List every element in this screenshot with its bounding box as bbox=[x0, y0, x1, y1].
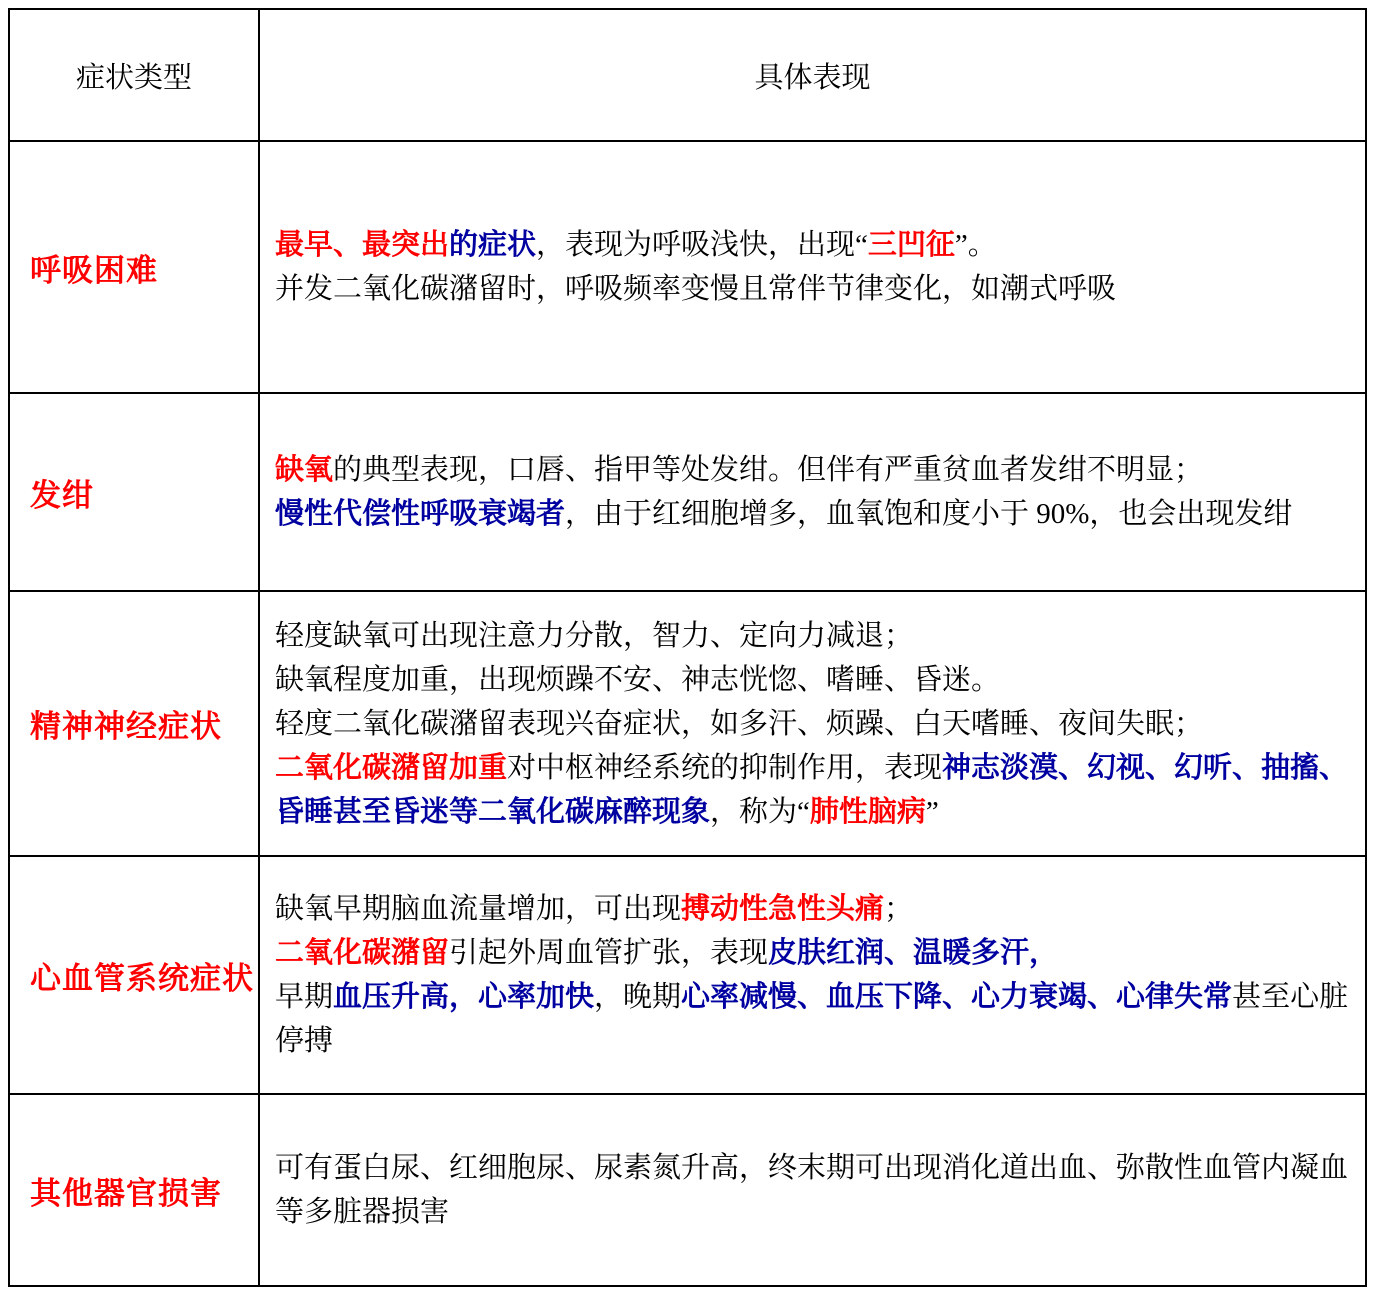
text-segment: ”。 bbox=[955, 229, 997, 261]
symptom-type-cell: 精神神经症状 bbox=[9, 591, 259, 856]
text-segment: 最早、最突出 bbox=[275, 229, 449, 261]
text-segment: 早期 bbox=[275, 981, 333, 1013]
detail-paragraph: 轻度缺氧可出现注意力分散，智力、定向力减退； bbox=[275, 614, 1351, 658]
header-row: 症状类型 具体表现 bbox=[9, 9, 1366, 141]
detail-paragraph: 最早、最突出的症状，表现为呼吸浅快，出现“三凹征”。 bbox=[275, 223, 1351, 267]
symptom-type-label: 精神神经症状 bbox=[30, 709, 222, 744]
table-row: 心血管系统症状缺氧早期脑血流量增加，可出现搏动性急性头痛；二氧化碳潴留引起外周血… bbox=[9, 856, 1366, 1094]
detail-paragraph: 缺氧早期脑血流量增加，可出现搏动性急性头痛； bbox=[275, 887, 1351, 931]
text-segment: 二氧化碳潴留加重 bbox=[275, 752, 507, 784]
text-segment: 对中枢神经系统的抑制作用，表现 bbox=[507, 752, 942, 784]
detail-paragraph: 并发二氧化碳潴留时，呼吸频率变慢且常伴节律变化，如潮式呼吸 bbox=[275, 267, 1351, 311]
text-segment: 缺氧早期脑血流量增加，可出现 bbox=[275, 893, 681, 925]
symptom-detail-cell: 可有蛋白尿、红细胞尿、尿素氮升高，终末期可出现消化道出血、弥散性血管内凝血等多脏… bbox=[259, 1094, 1366, 1286]
text-segment: 引起外周血管扩张，表现 bbox=[449, 937, 768, 969]
text-segment: ，由于红细胞增多，血氧饱和度小于 90%，也会出现发绀 bbox=[565, 498, 1292, 530]
text-segment: 二氧化碳潴留 bbox=[275, 937, 449, 969]
text-segment: 三凹征 bbox=[868, 229, 955, 261]
symptom-type-label: 呼吸困难 bbox=[30, 253, 158, 288]
symptom-type-cell: 其他器官损害 bbox=[9, 1094, 259, 1286]
text-segment: 慢性代偿性呼吸衰竭者 bbox=[275, 498, 565, 530]
symptom-type-label: 其他器官损害 bbox=[30, 1176, 222, 1211]
text-segment: 缺氧 bbox=[275, 454, 333, 486]
document-page: 症状类型 具体表现 呼吸困难最早、最突出的症状，表现为呼吸浅快，出现“三凹征”。… bbox=[0, 0, 1373, 1293]
text-segment: ” bbox=[926, 796, 939, 828]
symptom-detail-cell: 缺氧的典型表现，口唇、指甲等处发绀。但伴有严重贫血者发绀不明显；慢性代偿性呼吸衰… bbox=[259, 393, 1366, 591]
text-segment: 的典型表现，口唇、指甲等处发绀。但伴有严重贫血者发绀不明显； bbox=[333, 454, 1203, 486]
text-segment: ； bbox=[884, 893, 913, 925]
header-detail: 具体表现 bbox=[259, 9, 1366, 141]
symptom-detail-cell: 缺氧早期脑血流量增加，可出现搏动性急性头痛；二氧化碳潴留引起外周血管扩张，表现皮… bbox=[259, 856, 1366, 1094]
text-segment: 心率减慢、血压下降、心力衰竭、心律失常 bbox=[681, 981, 1232, 1013]
text-segment: 血压升高，心率加快 bbox=[333, 981, 594, 1013]
text-segment: 搏动性急性头痛 bbox=[681, 893, 884, 925]
table-row: 精神神经症状轻度缺氧可出现注意力分散，智力、定向力减退；缺氧程度加重，出现烦躁不… bbox=[9, 591, 1366, 856]
symptom-type-cell: 心血管系统症状 bbox=[9, 856, 259, 1094]
symptom-detail-cell: 最早、最突出的症状，表现为呼吸浅快，出现“三凹征”。并发二氧化碳潴留时，呼吸频率… bbox=[259, 141, 1366, 393]
symptom-type-cell: 发绀 bbox=[9, 393, 259, 591]
detail-paragraph: 轻度二氧化碳潴留表现兴奋症状，如多汗、烦躁、白天嗜睡、夜间失眠； bbox=[275, 702, 1351, 746]
table-row: 发绀缺氧的典型表现，口唇、指甲等处发绀。但伴有严重贫血者发绀不明显；慢性代偿性呼… bbox=[9, 393, 1366, 591]
text-segment: 并发二氧化碳潴留时，呼吸频率变慢且常伴节律变化，如潮式呼吸 bbox=[275, 273, 1116, 305]
symptom-table: 症状类型 具体表现 呼吸困难最早、最突出的症状，表现为呼吸浅快，出现“三凹征”。… bbox=[8, 8, 1367, 1287]
text-segment: 可有蛋白尿、红细胞尿、尿素氮升高，终末期可出现消化道出血、弥散性血管内凝血等多脏… bbox=[275, 1152, 1348, 1228]
text-segment: 的症状 bbox=[449, 229, 536, 261]
detail-paragraph: 可有蛋白尿、红细胞尿、尿素氮升高，终末期可出现消化道出血、弥散性血管内凝血等多脏… bbox=[275, 1146, 1351, 1234]
text-segment: 肺性脑病 bbox=[810, 796, 926, 828]
detail-paragraph: 缺氧的典型表现，口唇、指甲等处发绀。但伴有严重贫血者发绀不明显； bbox=[275, 448, 1351, 492]
detail-paragraph: 缺氧程度加重，出现烦躁不安、神志恍惚、嗜睡、昏迷。 bbox=[275, 658, 1351, 702]
table-row: 其他器官损害可有蛋白尿、红细胞尿、尿素氮升高，终末期可出现消化道出血、弥散性血管… bbox=[9, 1094, 1366, 1286]
detail-paragraph: 慢性代偿性呼吸衰竭者，由于红细胞增多，血氧饱和度小于 90%，也会出现发绀 bbox=[275, 492, 1351, 536]
header-symptom-type: 症状类型 bbox=[9, 9, 259, 141]
text-segment: 轻度缺氧可出现注意力分散，智力、定向力减退； bbox=[275, 620, 913, 652]
detail-paragraph: 早期血压升高，心率加快，晚期心率减慢、血压下降、心力衰竭、心律失常甚至心脏停搏 bbox=[275, 975, 1351, 1063]
text-segment: 皮肤红润、温暖多汗， bbox=[768, 937, 1058, 969]
text-segment: 轻度二氧化碳潴留表现兴奋症状，如多汗、烦躁、白天嗜睡、夜间失眠； bbox=[275, 708, 1203, 740]
symptom-type-label: 心血管系统症状 bbox=[30, 961, 254, 996]
text-segment: ，称为“ bbox=[710, 796, 810, 828]
detail-paragraph: 二氧化碳潴留加重对中枢神经系统的抑制作用，表现神志淡漠、幻视、幻听、抽搐、昏睡甚… bbox=[275, 746, 1351, 834]
symptom-detail-cell: 轻度缺氧可出现注意力分散，智力、定向力减退；缺氧程度加重，出现烦躁不安、神志恍惚… bbox=[259, 591, 1366, 856]
detail-paragraph: 二氧化碳潴留引起外周血管扩张，表现皮肤红润、温暖多汗， bbox=[275, 931, 1351, 975]
symptom-type-label: 发绀 bbox=[30, 478, 94, 513]
text-segment: 缺氧程度加重，出现烦躁不安、神志恍惚、嗜睡、昏迷。 bbox=[275, 664, 1000, 696]
text-segment: ，表现为呼吸浅快，出现“ bbox=[536, 229, 868, 261]
table-row: 呼吸困难最早、最突出的症状，表现为呼吸浅快，出现“三凹征”。并发二氧化碳潴留时，… bbox=[9, 141, 1366, 393]
text-segment: ，晚期 bbox=[594, 981, 681, 1013]
symptom-type-cell: 呼吸困难 bbox=[9, 141, 259, 393]
